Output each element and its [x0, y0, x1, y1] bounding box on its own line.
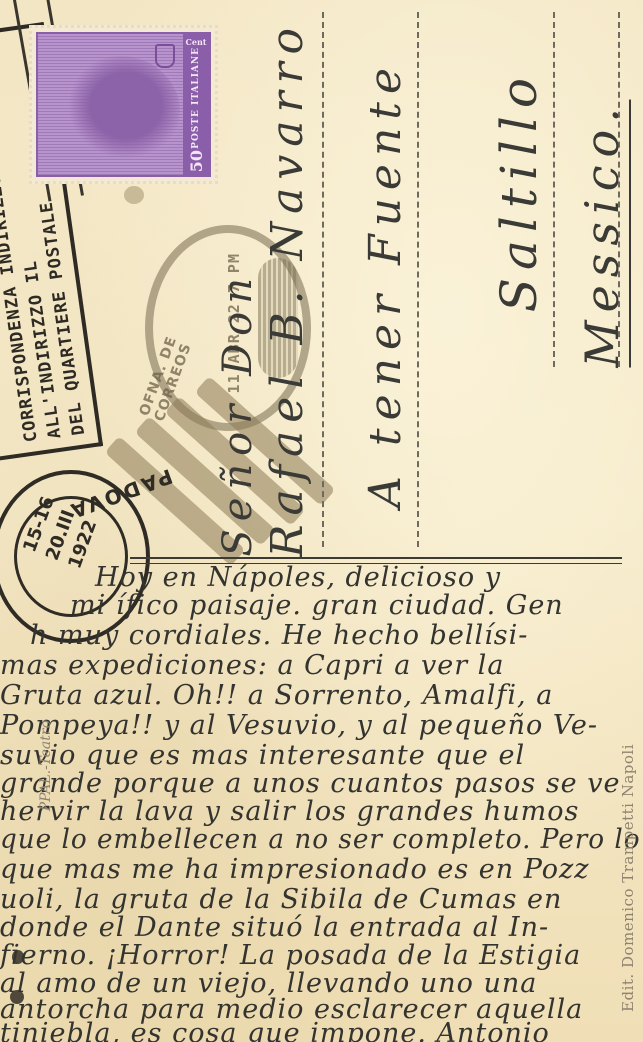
message-line: h muy cordiales. He hecho bellísi-: [30, 620, 528, 651]
foxing-spot: [124, 186, 144, 204]
message-line: suvio que es mas interesante que el: [0, 740, 525, 771]
address-line-1: [322, 12, 324, 547]
message-line: uoli, la gruta de la Sibila de Cumas en: [0, 884, 562, 915]
message-line: mas expediciones: a Capri a ver la: [0, 650, 504, 681]
message-line: donde el Dante situó la entrada al In-: [0, 912, 549, 943]
postcard-back: CORRISPONDENZA INDIRIZZO IL ALL'INDIRIZZ…: [0, 0, 643, 1042]
message-line: Hoy en Nápoles, delicioso y: [95, 562, 501, 593]
stamp-design: Cent POSTE ITALIANE 50: [36, 32, 211, 177]
address-street: A tener Fuente: [360, 60, 411, 508]
address-country: Messico.: [575, 100, 631, 368]
address-name: Rafael B. Navarro: [262, 20, 313, 558]
crown-crest-icon: [155, 44, 175, 68]
message-line: que lo embellecen a no ser completo. Per…: [0, 824, 641, 855]
message-line: tiniebla, es cosa que impone. Antonio: [0, 1018, 550, 1042]
message-line: Pompeya!! y al Vesuvio, y al pequeño Ve-: [0, 710, 598, 741]
address-line-2: [417, 12, 419, 547]
postage-stamp: Cent POSTE ITALIANE 50: [29, 25, 218, 184]
stamp-side-panel: Cent POSTE ITALIANE 50: [183, 34, 209, 175]
message-line: hervir la lava y salir los grandes humos: [0, 796, 579, 827]
left-margin-imprint: PPAL.-Teatro: [38, 720, 54, 811]
message-line: fierno. ¡Horror! La posada de la Estigia: [0, 940, 581, 971]
king-portrait-icon: [60, 56, 180, 166]
address-salutation: Señor Don: [215, 270, 261, 557]
stamp-country: POSTE ITALIANE: [191, 47, 201, 149]
stamp-currency: Cent: [186, 37, 207, 47]
message-line: Gruta azul. Oh!! a Sorrento, Amalfi, a: [0, 680, 553, 711]
message-line: que mas me ha impresionado es en Pozz: [0, 854, 590, 885]
publisher-imprint: Edit. Domenico Trampetti Napoli: [619, 744, 637, 1012]
stamp-value: 50: [187, 150, 206, 172]
address-city: Saltillo: [490, 70, 548, 312]
address-line-3: [553, 12, 555, 367]
message-line: mi ífico paisaje. gran ciudad. Gen: [70, 590, 564, 621]
message-line: grande porque a unos cuantos pasos se ve: [0, 768, 620, 799]
